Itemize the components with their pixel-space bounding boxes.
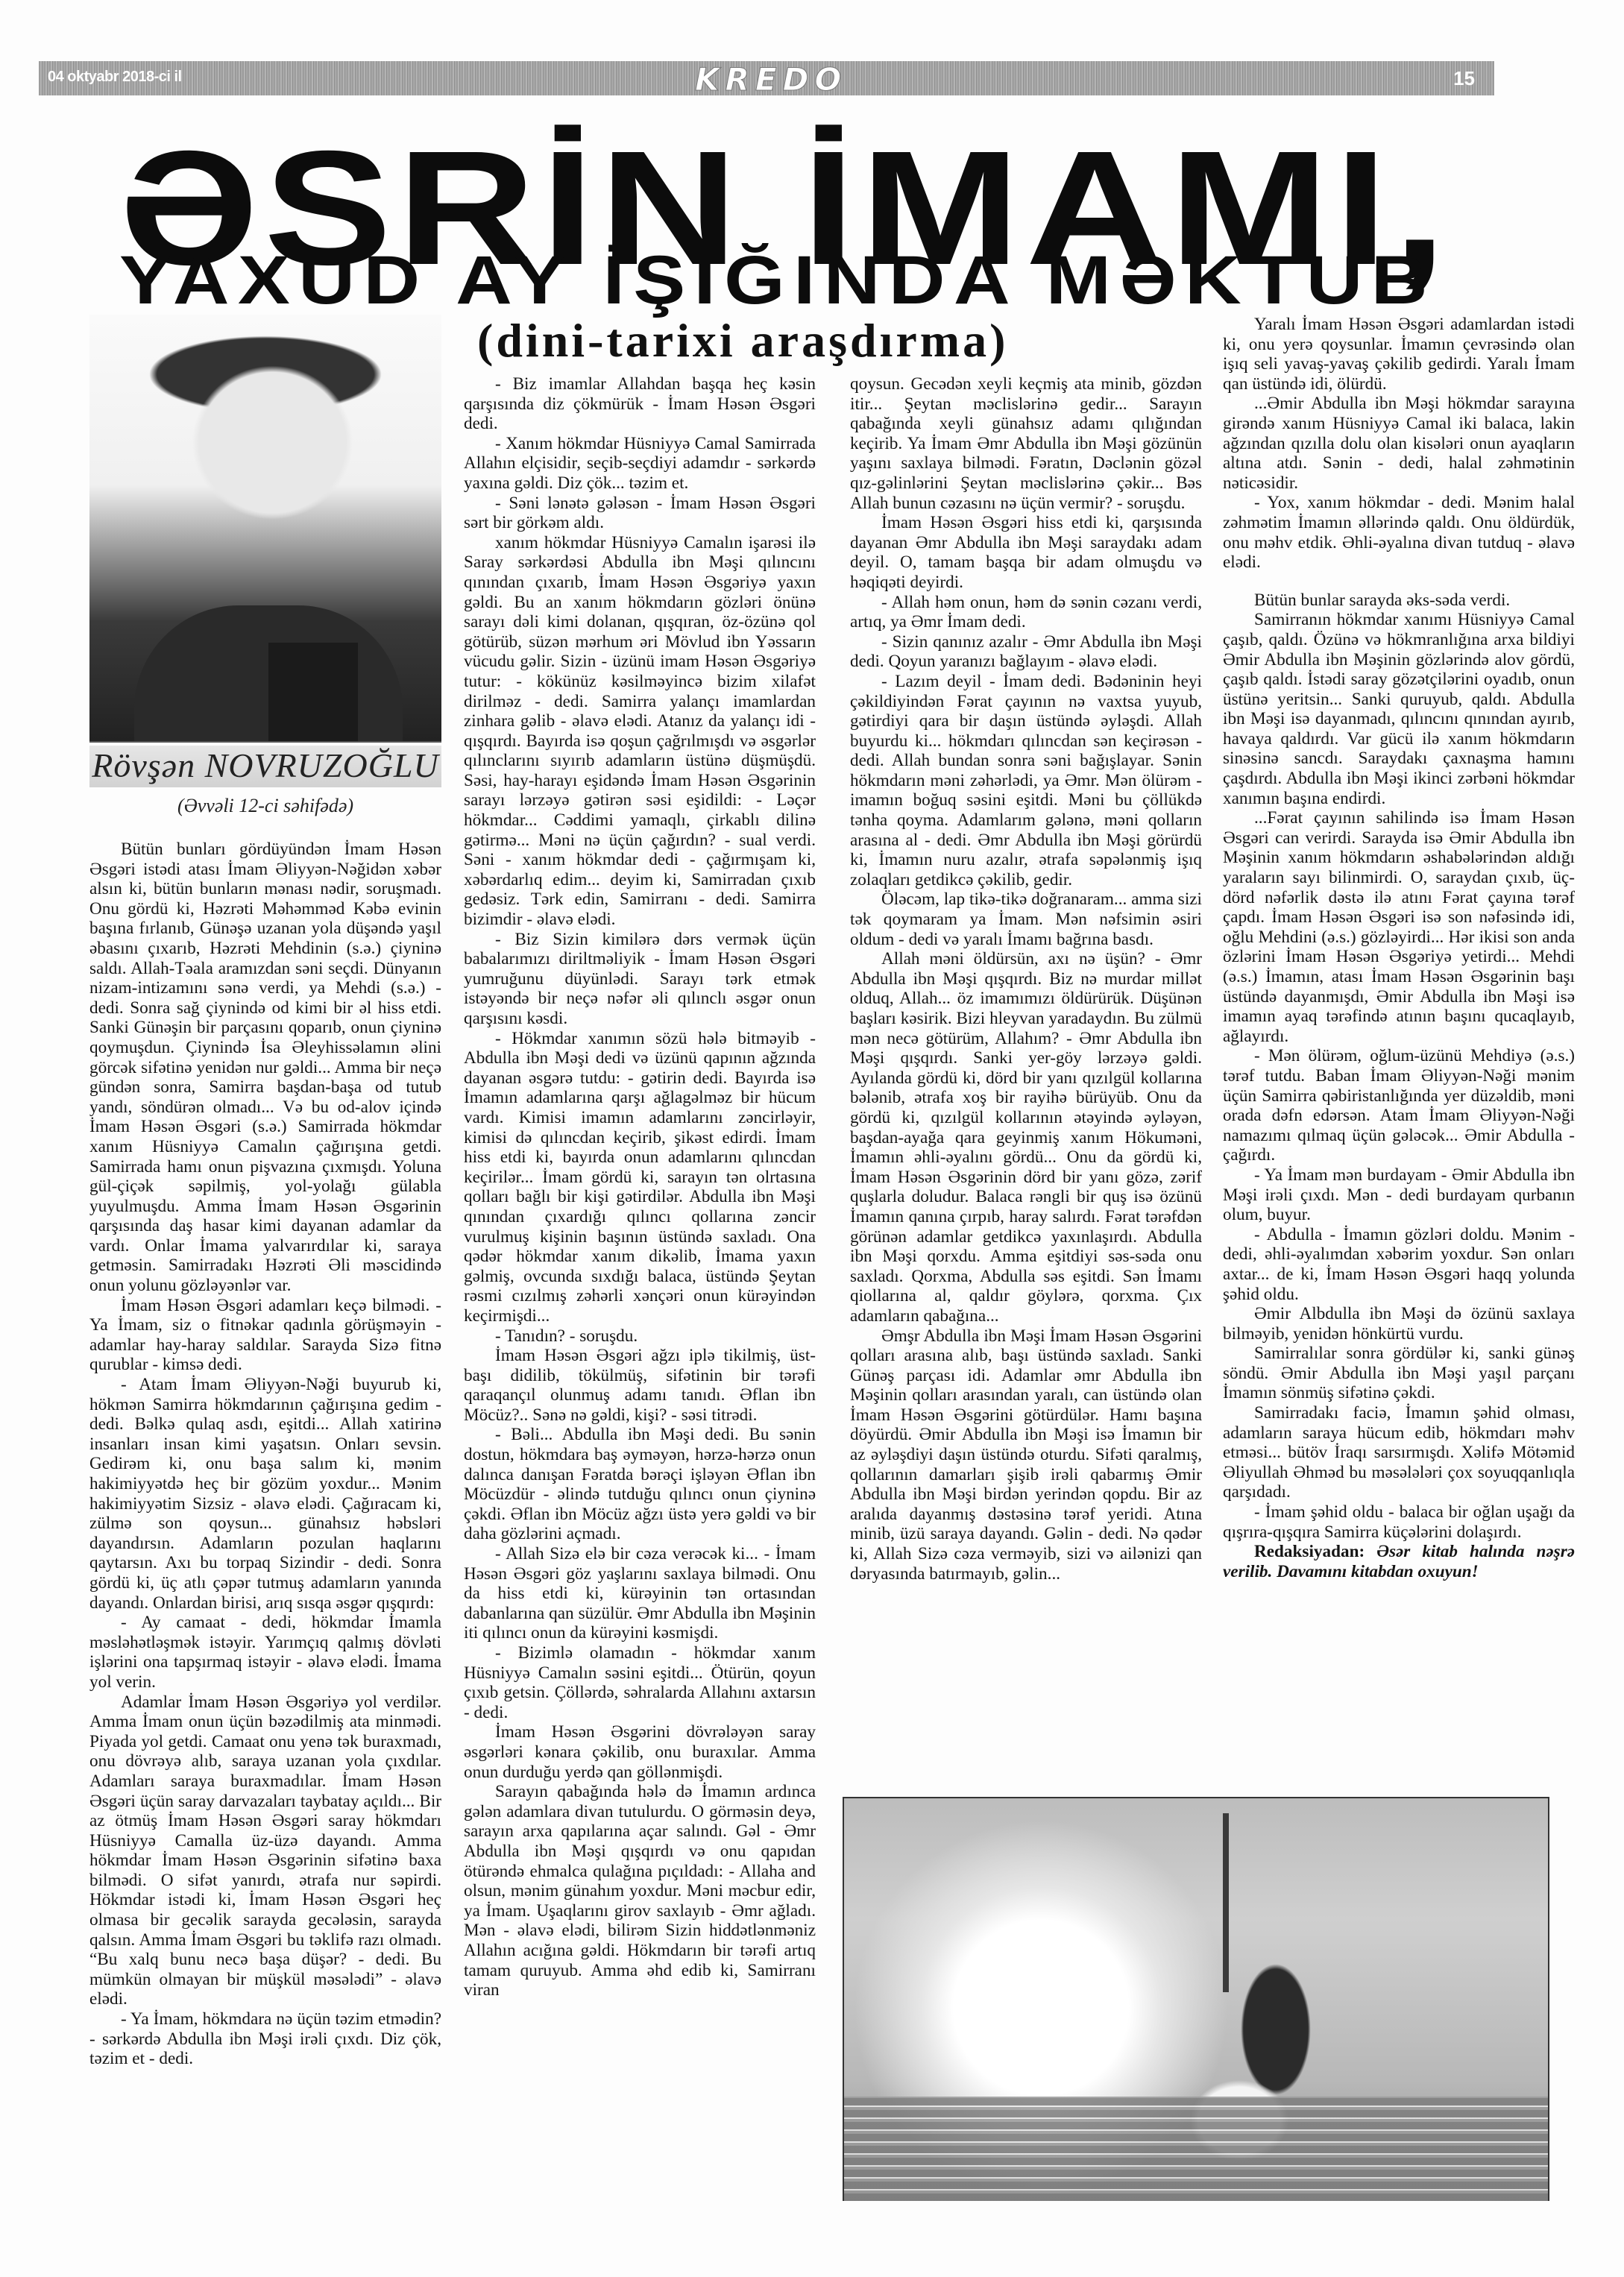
paragraph: İmam Həsən Əsgəri adamları keçə bilmədi.… xyxy=(89,1296,441,1375)
paragraph: - Lazım deyil - İmam dedi. Bədəninin hey… xyxy=(850,672,1202,890)
paragraph: ...Əmir Abdulla ibn Məşi hökmdar sarayın… xyxy=(1223,394,1575,493)
paragraph: - Allah Sizə elə bir cəza verəcək ki... … xyxy=(464,1544,816,1643)
paragraph: - Ya İmam mən burdayam - Əmir Abdulla ib… xyxy=(1223,1165,1575,1225)
author-byline: Rövşən NOVRUZOĞLU xyxy=(89,746,441,787)
paragraph: - Hökmdar xanımın sözü hələ bitməyib - A… xyxy=(464,1029,816,1326)
paragraph: Sarayın qabağında hələ də İmamın ardınca… xyxy=(464,1782,816,2000)
paragraph: Öləcəm, lap tikə-tikə doğranaram... amma… xyxy=(850,889,1202,949)
paragraph: Bütün bunları gördüyündən İmam Həsən Əsg… xyxy=(89,840,441,1296)
paragraph: - Biz imamlar Allahdan başqa heç kəsin q… xyxy=(464,374,816,434)
paragraph: - Yox, xanım hökmdar - dedi. Mənim halal… xyxy=(1223,493,1575,572)
water-waves xyxy=(844,2097,1548,2201)
paragraph: - Ya İmam, hökmdara nə üçün təzim etmədi… xyxy=(89,2009,441,2069)
paragraph: Allah məni öldürsün, axı nə üşün? - Əmr … xyxy=(850,949,1202,1326)
editor-note: Redaksiyadan: Əsər kitab halında nəşrə v… xyxy=(1223,1542,1575,1581)
paragraph: - Atam İmam Əliyyən-Nəği buyurub ki, hök… xyxy=(89,1375,441,1613)
kredo-logo: KREDO xyxy=(695,61,847,98)
paragraph: - Tanıdın? - soruşdu. xyxy=(464,1326,816,1347)
newspaper-page: 04 oktyabr 2018-ci il KREDO 15 ƏSRİN İMA… xyxy=(0,0,1624,2277)
paragraph: Samirralılar sonra gördülər ki, sanki gü… xyxy=(1223,1344,1575,1403)
paragraph: Əmir Albdulla ibn Məşi də özünü saxlaya … xyxy=(1223,1304,1575,1344)
article-column-2: - Biz imamlar Allahdan başqa heç kəsin q… xyxy=(464,374,816,2000)
article-column-4: Yaralı İmam Həsən Əsgəri adamlardan istə… xyxy=(1223,315,1575,1581)
paragraph: - Allah həm onun, həm də sənin cəzanı ve… xyxy=(850,593,1202,632)
article-column-3: qoysun. Gecədən xeyli keçmiş ata minib, … xyxy=(850,374,1202,1584)
headline-secondary: YAXUD AY İŞIĞINDA MƏKTUB xyxy=(119,245,1436,316)
paragraph: Yaralı İmam Həsən Əsgəri adamlardan istə… xyxy=(1223,315,1575,394)
paragraph: Samirradakı faciə, İmamın şəhid olması, … xyxy=(1223,1403,1575,1502)
paragraph: ...Fərat çayının sahilində isə İmam Həsə… xyxy=(1223,808,1575,1046)
paragraph: - Mən ölürəm, oğlum-üzünü Mehdiyə (ə.s.)… xyxy=(1223,1046,1575,1165)
article-column-1: Bütün bunları gördüyündən İmam Həsən Əsg… xyxy=(89,840,441,2069)
paragraph: Bütün bunlar sarayda əks-səda verdi. xyxy=(1223,590,1575,611)
masthead-bar: 04 oktyabr 2018-ci il KREDO 15 xyxy=(39,61,1494,95)
article-illustration xyxy=(843,1797,1549,2201)
paragraph: - Bəli... Abdulla ibn Məşi dedi. Bu səni… xyxy=(464,1425,816,1544)
paragraph: - Səni lənətə gələsən - İmam Həsən Əsgər… xyxy=(464,494,816,533)
paragraph: İmam Həsən Əsgəri ağzı iplə tikilmiş, üs… xyxy=(464,1346,816,1425)
paragraph: Samirranın hökmdar xanımı Hüsniyyə Camal… xyxy=(1223,610,1575,808)
paragraph: - Sizin qanınız azalır - Əmr Abdulla ibn… xyxy=(850,632,1202,672)
paragraph: - Xanım hökmdar Hüsniyyə Camal Samirrada… xyxy=(464,434,816,494)
paragraph: - İmam şəhid oldu - balaca bir oğlan uşa… xyxy=(1223,1502,1575,1542)
paragraph: - Ay camaat - dedi, hökmdar İmamla məslə… xyxy=(89,1613,441,1692)
paragraph: xanım hökmdar Hüsniyyə Camalın işarəsi i… xyxy=(464,533,816,930)
paragraph: Əmşr Abdulla ibn Məşi İmam Həsən Əsgərin… xyxy=(850,1326,1202,1584)
paragraph: İmam Həsən Əsgərini dövrələyən saray əsg… xyxy=(464,1722,816,1782)
author-portrait-image xyxy=(89,315,441,743)
continued-from-note: (Əvvəli 12-ci səhifədə) xyxy=(89,795,441,817)
page-number: 15 xyxy=(1453,67,1475,90)
headline-subtitle: (dini-tarixi araşdırma) xyxy=(477,313,1008,368)
paragraph: - Abdulla - İmamın gözləri doldu. Mənim … xyxy=(1223,1225,1575,1304)
paragraph: Adamlar İmam Həsən Əsgəriyə yol verdilər… xyxy=(89,1692,441,2010)
editor-note-label: Redaksiyadan: xyxy=(1254,1542,1365,1561)
paragraph: İmam Həsən Əsgəri hiss etdi ki, qarşısın… xyxy=(850,513,1202,592)
paragraph: - Biz Sizin kimilərə dərs vermək üçün ba… xyxy=(464,930,816,1029)
portrait-podium-shape xyxy=(268,643,358,743)
paragraph: qoysun. Gecədən xeyli keçmiş ata minib, … xyxy=(850,374,1202,513)
paragraph: - Bizimlə olamadın - hökmdar xanım Hüsni… xyxy=(464,1643,816,1722)
issue-date: 04 oktyabr 2018-ci il xyxy=(48,69,182,86)
